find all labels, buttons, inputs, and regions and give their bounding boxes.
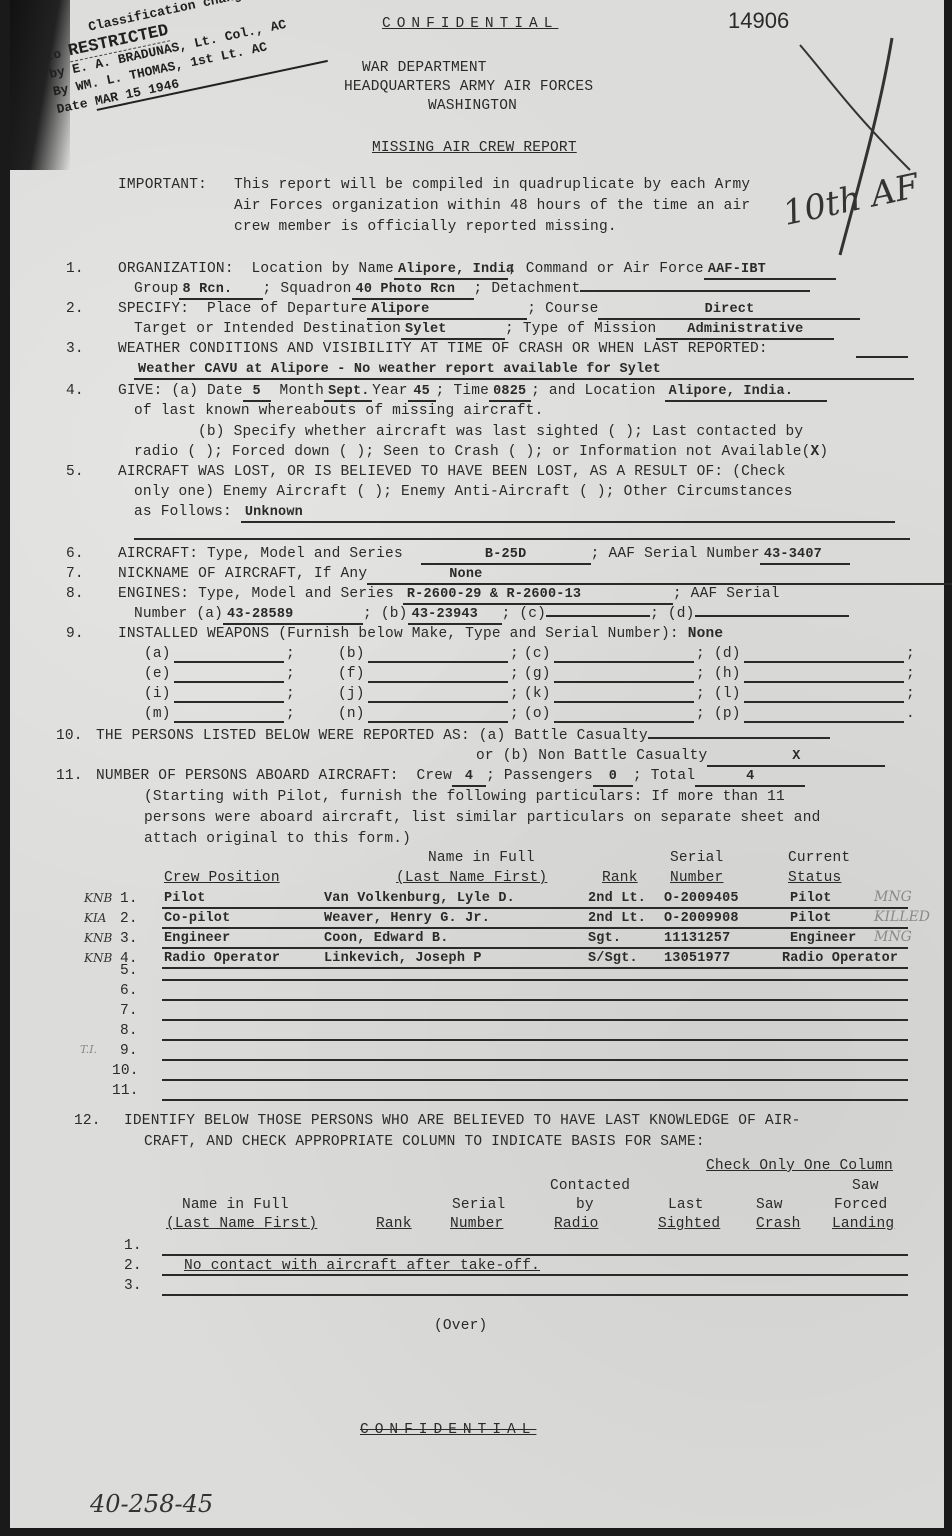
crew-name: Linkevich, Joseph P <box>324 951 482 966</box>
handwritten-status-mark: MNG <box>874 889 912 905</box>
passengers-count-field[interactable]: 0 <box>593 769 633 787</box>
section-7-line: NICKNAME OF AIRCRAFT, If AnyNone <box>118 566 952 585</box>
crew-row-line <box>162 967 908 969</box>
location-field[interactable]: Alipore, India <box>394 262 508 280</box>
handwritten-crew-mark: KNB <box>84 891 112 905</box>
section-11-note-3: attach original to this form.) <box>144 831 411 847</box>
kh-sighted-2: Sighted <box>658 1216 720 1232</box>
crew-status: Engineer <box>790 931 856 946</box>
crew-empty-row-line[interactable] <box>162 1059 908 1061</box>
organization-label: ORGANIZATION: <box>118 261 234 277</box>
weapon-slot-separator: ; <box>696 686 705 702</box>
crew-header-serial: Number <box>670 870 723 886</box>
kh-forced-2: Forced <box>834 1197 887 1213</box>
important-line-3: crew member is officially reported missi… <box>234 219 617 235</box>
crew-row-number: 10. <box>112 1063 139 1079</box>
crew-status: Radio Operator <box>782 951 898 966</box>
weapon-slot-separator: ; <box>696 706 705 722</box>
aircraft-type-field[interactable]: B-25D <box>421 547 591 565</box>
weapon-slot-label: (i) <box>144 686 171 702</box>
section-12-line-1: IDENTIFY BELOW THOSE PERSONS WHO ARE BEL… <box>124 1113 801 1129</box>
section-8-line-1: ENGINES: Type, Model and Series R-2600-2… <box>118 586 780 605</box>
crew-count-field[interactable]: 4 <box>452 769 486 787</box>
detachment-field[interactable] <box>580 290 810 292</box>
weapon-slot-label: (p) <box>714 706 741 722</box>
mission-label: ; Type of Mission <box>505 321 656 337</box>
header-hq: HEADQUARTERS ARMY AIR FORCES <box>344 79 593 95</box>
section-4-line-2: of last known whereabouts of missing air… <box>134 403 543 419</box>
kh-crash-2: Crash <box>756 1216 801 1232</box>
handwritten-crew-mark: KNB <box>84 951 112 965</box>
weapon-slot-field[interactable] <box>744 721 904 723</box>
crew-row-number: 3. <box>120 931 138 947</box>
crew-status: Pilot <box>790 911 832 926</box>
weapon-slot-field[interactable] <box>554 661 694 663</box>
crew-rank: 2nd Lt. <box>588 911 646 926</box>
engines-label: ENGINES: Type, Model and Series <box>118 586 394 602</box>
section-1-line-2: Group8 Rcn.; Squadron40 Photo Rcn; Detac… <box>134 281 810 300</box>
weapon-slot-field[interactable] <box>174 721 284 723</box>
casualty-label: THE PERSONS LISTED BELOW WERE REPORTED A… <box>96 728 470 744</box>
crew-header-status: Status <box>788 870 841 886</box>
crew-position: Pilot <box>164 891 206 906</box>
over-note: (Over) <box>434 1318 487 1334</box>
last-location-label: ; and Location <box>531 383 656 399</box>
squadron-field[interactable]: 40 Photo Rcn <box>352 282 474 300</box>
section-2-line-2: Target or Intended DestinationSylet; Typ… <box>134 321 834 340</box>
departure-field[interactable]: Alipore <box>367 302 527 320</box>
follows-label: as Follows: <box>134 504 232 520</box>
weather-line-end <box>856 356 908 358</box>
weapon-slot-field[interactable] <box>554 681 694 683</box>
month-label: Month <box>280 383 325 399</box>
weapon-slot-field[interactable] <box>368 721 508 723</box>
handwritten-status-mark: KILLED <box>874 909 930 925</box>
section-10-number: 10. <box>56 728 83 744</box>
crew-empty-row-line[interactable] <box>162 1099 908 1101</box>
command-label: ; Command or Air Force <box>508 261 704 277</box>
year-field[interactable]: 45 <box>408 384 436 402</box>
engine-a-field[interactable]: 43-28589 <box>223 607 363 625</box>
engine-c-field[interactable] <box>546 615 650 617</box>
squadron-label: ; Squadron <box>263 281 352 297</box>
document-page: Classification changed to RESTRICTED by … <box>10 0 944 1528</box>
weapon-slot-label: (j) <box>338 686 365 702</box>
weapon-slot-label: (o) <box>524 706 551 722</box>
section-6-number: 6. <box>66 546 84 562</box>
important-line-2: Air Forces organization within 48 hours … <box>234 198 750 214</box>
section-5-line-1: AIRCRAFT WAS LOST, OR IS BELIEVED TO HAV… <box>118 464 786 480</box>
check-one-column-note: Check Only One Column <box>706 1158 893 1174</box>
weapon-slot-field[interactable] <box>174 681 284 683</box>
weapon-slot-field[interactable] <box>174 661 284 663</box>
crew-header-status-top: Current <box>788 850 850 866</box>
crew-empty-row-line[interactable] <box>162 979 908 981</box>
crew-label: Crew <box>416 768 452 784</box>
section-11-note-1: (Starting with Pilot, furnish the follow… <box>144 789 785 805</box>
kh-radio-3: Radio <box>554 1216 599 1232</box>
weapon-slot-separator: ; <box>286 666 295 682</box>
crew-empty-row-line[interactable] <box>162 999 908 1001</box>
classification-bottom: CONFIDENTIAL <box>360 1422 536 1438</box>
last-location-field[interactable]: Alipore, India. <box>665 384 827 402</box>
time-field[interactable]: 0825 <box>489 384 531 402</box>
crew-header-serial-top: Serial <box>670 850 723 866</box>
non-battle-casualty-label: or (b) Non Battle Casualty <box>476 748 707 764</box>
handwritten-crew-mark: KNB <box>84 931 112 945</box>
section-4-b-line-2: radio ( ); Forced down ( ); Seen to Cras… <box>134 444 828 460</box>
weapon-slot-separator: ; <box>510 706 519 722</box>
weapon-slot-separator: ; <box>696 646 705 662</box>
weather-field[interactable]: Weather CAVU at Alipore - No weather rep… <box>134 362 914 380</box>
weapon-slot-label: (f) <box>338 666 365 682</box>
weapons-value[interactable]: None <box>688 626 724 642</box>
crew-empty-row-line[interactable] <box>162 1079 908 1081</box>
circumstances-field[interactable]: Unknown <box>241 505 895 523</box>
date-field[interactable]: 5 <box>243 384 271 402</box>
crew-row-number: 6. <box>120 983 138 999</box>
give-label: GIVE: <box>118 383 163 399</box>
aircraft-type-label: AIRCRAFT: Type, Model and Series <box>118 546 403 562</box>
section-2-line-1: SPECIFY: Place of DepartureAlipore; Cour… <box>118 301 860 320</box>
kh-radio-1: Contacted <box>550 1178 630 1194</box>
crew-position: Co-pilot <box>164 911 230 926</box>
section-4-line-1: GIVE: (a) Date5 MonthSept.Year45; Time08… <box>118 383 827 402</box>
kh-forced-3: Landing <box>832 1216 894 1232</box>
handwritten-status-mark: MNG <box>874 929 912 945</box>
battle-casualty-field[interactable] <box>648 737 830 739</box>
weapon-slot-field[interactable] <box>554 701 694 703</box>
knowledge-row-line[interactable] <box>162 1294 908 1296</box>
weapon-slot-separator: ; <box>286 686 295 702</box>
section-10-line-2: or (b) Non Battle CasualtyX <box>476 748 885 767</box>
section-5-number: 5. <box>66 464 84 480</box>
crew-name: Van Volkenburg, Lyle D. <box>324 891 515 906</box>
nickname-label: NICKNAME OF AIRCRAFT, If Any <box>118 566 367 582</box>
weapon-slot-separator: . <box>906 706 915 722</box>
engine-number-label: Number <box>134 606 187 622</box>
total-count-field[interactable]: 4 <box>695 769 805 787</box>
crew-row-line <box>162 947 908 949</box>
crew-row-number: 5. <box>120 963 138 979</box>
aircraft-serial-label: ; AAF Serial Number <box>591 546 760 562</box>
specify-label: SPECIFY: <box>118 301 189 317</box>
crew-status: Pilot <box>790 891 832 906</box>
important-line-1: This report will be compiled in quadrupl… <box>234 177 750 193</box>
crew-header-name: (Last Name First) <box>396 870 547 886</box>
kh-sighted-1: Last <box>668 1197 704 1213</box>
knowledge-row-line[interactable] <box>162 1274 908 1276</box>
section-11-line-1: NUMBER OF PERSONS ABOARD AIRCRAFT: Crew4… <box>96 768 805 787</box>
section-1-number: 1. <box>66 261 84 277</box>
kh-forced-1: Saw <box>852 1178 879 1194</box>
group-field[interactable]: 8 Rcn. <box>179 282 263 300</box>
section-8-line-2: Number (a)43-28589; (b)43-23943; (c); (d… <box>134 606 849 625</box>
engines-field[interactable]: R-2600-29 & R-2600-13 <box>403 587 673 605</box>
crew-header-name-top: Name in Full <box>428 850 535 866</box>
weapon-slot-separator: ; <box>906 666 915 682</box>
crew-rank: 2nd Lt. <box>588 891 646 906</box>
weapons-label: INSTALLED WEAPONS (Furnish below Make, T… <box>118 626 679 642</box>
engine-b-label: ; (b) <box>363 606 408 622</box>
weapon-slot-field[interactable] <box>554 721 694 723</box>
group-label: Group <box>134 281 179 297</box>
battle-casualty-label: (a) Battle Casualty <box>479 728 648 744</box>
stamp-date-label: Date <box>55 96 89 117</box>
weapon-slot-label: (b) <box>338 646 365 662</box>
section-9-line: INSTALLED WEAPONS (Furnish below Make, T… <box>118 626 723 642</box>
section-2-number: 2. <box>66 301 84 317</box>
weapon-slot-field[interactable] <box>744 661 904 663</box>
crew-rank: S/Sgt. <box>588 951 638 966</box>
info-options-close: ) <box>819 444 828 460</box>
section-11-number: 11. <box>56 768 83 784</box>
weather-line: Weather CAVU at Alipore - No weather rep… <box>134 361 914 380</box>
weapon-slot-label: (c) <box>524 646 551 662</box>
crew-row-line <box>162 907 908 909</box>
nickname-field[interactable]: None <box>367 567 952 585</box>
section-11-note-2: persons were aboard aircraft, list simil… <box>144 810 821 826</box>
handwritten-file-number: 40-258-45 <box>90 1490 213 1518</box>
section-4-b-line-1: (b) Specify whether aircraft was last si… <box>198 424 803 440</box>
knowledge-row-line[interactable] <box>162 1254 908 1256</box>
target-label: Target or Intended Destination <box>134 321 401 337</box>
time-label: ; Time <box>436 383 489 399</box>
weapon-slot-label: (n) <box>338 706 365 722</box>
weapon-slot-label: (l) <box>714 686 741 702</box>
section-6-line: AIRCRAFT: Type, Model and Series B-25D; … <box>118 546 850 565</box>
crew-rank: Sgt. <box>588 931 621 946</box>
engine-d-field[interactable] <box>695 615 849 617</box>
non-battle-casualty-field[interactable]: X <box>707 749 885 767</box>
weapon-slot-label: (g) <box>524 666 551 682</box>
crew-serial: 13051977 <box>664 951 730 966</box>
weapon-slot-field[interactable] <box>368 701 508 703</box>
info-options-text: radio ( ); Forced down ( ); Seen to Cras… <box>134 444 811 460</box>
weapon-slot-field[interactable] <box>368 661 508 663</box>
kh-rank: Rank <box>376 1216 412 1232</box>
location-label: Location by Name <box>252 261 394 277</box>
crew-serial: 11131257 <box>664 931 730 946</box>
crew-header-position: Crew Position <box>164 870 280 886</box>
weapon-slot-separator: ; <box>510 646 519 662</box>
section-9-number: 9. <box>66 626 84 642</box>
weather-label: WEATHER CONDITIONS AND VISIBILITY AT TIM… <box>118 341 768 357</box>
weapon-slot-separator: ; <box>510 666 519 682</box>
weapon-slot-label: (a) <box>144 646 171 662</box>
departure-label: Place of Departure <box>207 301 367 317</box>
year-label: Year <box>372 383 408 399</box>
section-12-number: 12. <box>74 1113 101 1129</box>
crew-name: Weaver, Henry G. Jr. <box>324 911 490 926</box>
weapon-slot-separator: ; <box>906 646 915 662</box>
knowledge-row-text: No contact with aircraft after take-off. <box>184 1258 540 1274</box>
crew-serial: O-2009908 <box>664 911 739 926</box>
date-label: (a) Date <box>171 383 242 399</box>
knowledge-row-number: 3. <box>124 1278 142 1294</box>
crew-header-rank: Rank <box>602 870 638 886</box>
weapon-slot-separator: ; <box>906 686 915 702</box>
passengers-label: ; Passengers <box>486 768 593 784</box>
declassification-stamp: Classification changed to RESTRICTED by … <box>40 0 368 147</box>
weapon-slot-label: (m) <box>144 706 171 722</box>
engine-a-label: (a) <box>196 606 223 622</box>
section-1-line-1: ORGANIZATION: Location by NameAlipore, I… <box>118 261 836 280</box>
header-city: WASHINGTON <box>428 98 517 114</box>
crew-row-number: 11. <box>112 1083 139 1099</box>
engine-serial-label: ; AAF Serial <box>673 586 780 602</box>
section-10-line-1: THE PERSONS LISTED BELOW WERE REPORTED A… <box>96 728 830 744</box>
section-8-number: 8. <box>66 586 84 602</box>
handwritten-row-mark: T.I. <box>80 1043 97 1056</box>
stamp-line2-prefix: to <box>44 46 62 64</box>
weapon-slot-separator: ; <box>286 646 295 662</box>
detachment-label: ; Detachment <box>474 281 581 297</box>
handwritten-crew-mark: KIA <box>84 911 106 925</box>
section-12-line-2: CRAFT, AND CHECK APPROPRIATE COLUMN TO I… <box>144 1134 705 1150</box>
weapon-slot-label: (h) <box>714 666 741 682</box>
total-label: ; Total <box>633 768 695 784</box>
weapon-slot-field[interactable] <box>744 701 904 703</box>
command-field[interactable]: AAF-IBT <box>704 262 836 280</box>
weapon-slot-field[interactable] <box>174 701 284 703</box>
month-field[interactable]: Sept. <box>324 384 372 402</box>
kh-serial: Number <box>450 1216 503 1232</box>
crew-empty-row-line[interactable] <box>162 1019 908 1021</box>
target-field[interactable]: Sylet <box>401 322 505 340</box>
weapon-slot-label: (d) <box>714 646 741 662</box>
section-7-number: 7. <box>66 566 84 582</box>
crew-row-line <box>162 927 908 929</box>
crew-name: Coon, Edward B. <box>324 931 449 946</box>
weapon-slot-label: (e) <box>144 666 171 682</box>
mission-field[interactable]: Administrative <box>656 322 834 340</box>
course-label: ; Course <box>527 301 598 317</box>
section-4-number: 4. <box>66 383 84 399</box>
crew-row-number: 7. <box>120 1003 138 1019</box>
crew-row-number: 8. <box>120 1023 138 1039</box>
weapon-slot-separator: ; <box>510 686 519 702</box>
crew-position: Radio Operator <box>164 951 280 966</box>
section-5-line-3: as Follows: Unknown <box>134 504 895 523</box>
aircraft-serial-field[interactable]: 43-3407 <box>760 547 850 565</box>
crew-row-number: 9. <box>120 1043 138 1059</box>
kh-name-top: Name in Full <box>182 1197 289 1213</box>
section-5-line-2: only one) Enemy Aircraft ( ); Enemy Anti… <box>134 484 793 500</box>
crew-row-number: 2. <box>120 911 138 927</box>
kh-name: (Last Name First) <box>166 1216 317 1232</box>
important-label: IMPORTANT: <box>118 177 207 193</box>
crew-empty-row-line[interactable] <box>162 1039 908 1041</box>
knowledge-row-number: 2. <box>124 1258 142 1274</box>
engine-d-label: ; (d) <box>650 606 695 622</box>
kh-crash-1: Saw <box>756 1197 783 1213</box>
engine-b-field[interactable]: 43-23943 <box>408 607 502 625</box>
section-5-extra-line <box>134 538 910 540</box>
crew-position: Engineer <box>164 931 230 946</box>
kh-radio-2: by <box>576 1197 594 1213</box>
weapon-slot-field[interactable] <box>368 681 508 683</box>
persons-aboard-label: NUMBER OF PERSONS ABOARD AIRCRAFT: <box>96 768 399 784</box>
classification-top: CONFIDENTIAL <box>382 16 558 32</box>
weapon-slot-field[interactable] <box>744 681 904 683</box>
weapon-slot-label: (k) <box>524 686 551 702</box>
header-department: WAR DEPARTMENT <box>362 60 487 76</box>
engine-c-label: ; (c) <box>502 606 547 622</box>
report-title: MISSING AIR CREW REPORT <box>372 140 577 156</box>
weapon-slot-separator: ; <box>696 666 705 682</box>
section-3-number: 3. <box>66 341 84 357</box>
kh-serial-top: Serial <box>452 1197 505 1213</box>
weapon-slot-separator: ; <box>286 706 295 722</box>
course-field[interactable]: Direct <box>598 302 860 320</box>
knowledge-row-number: 1. <box>124 1238 142 1254</box>
crew-serial: O-2009405 <box>664 891 739 906</box>
crew-row-number: 1. <box>120 891 138 907</box>
